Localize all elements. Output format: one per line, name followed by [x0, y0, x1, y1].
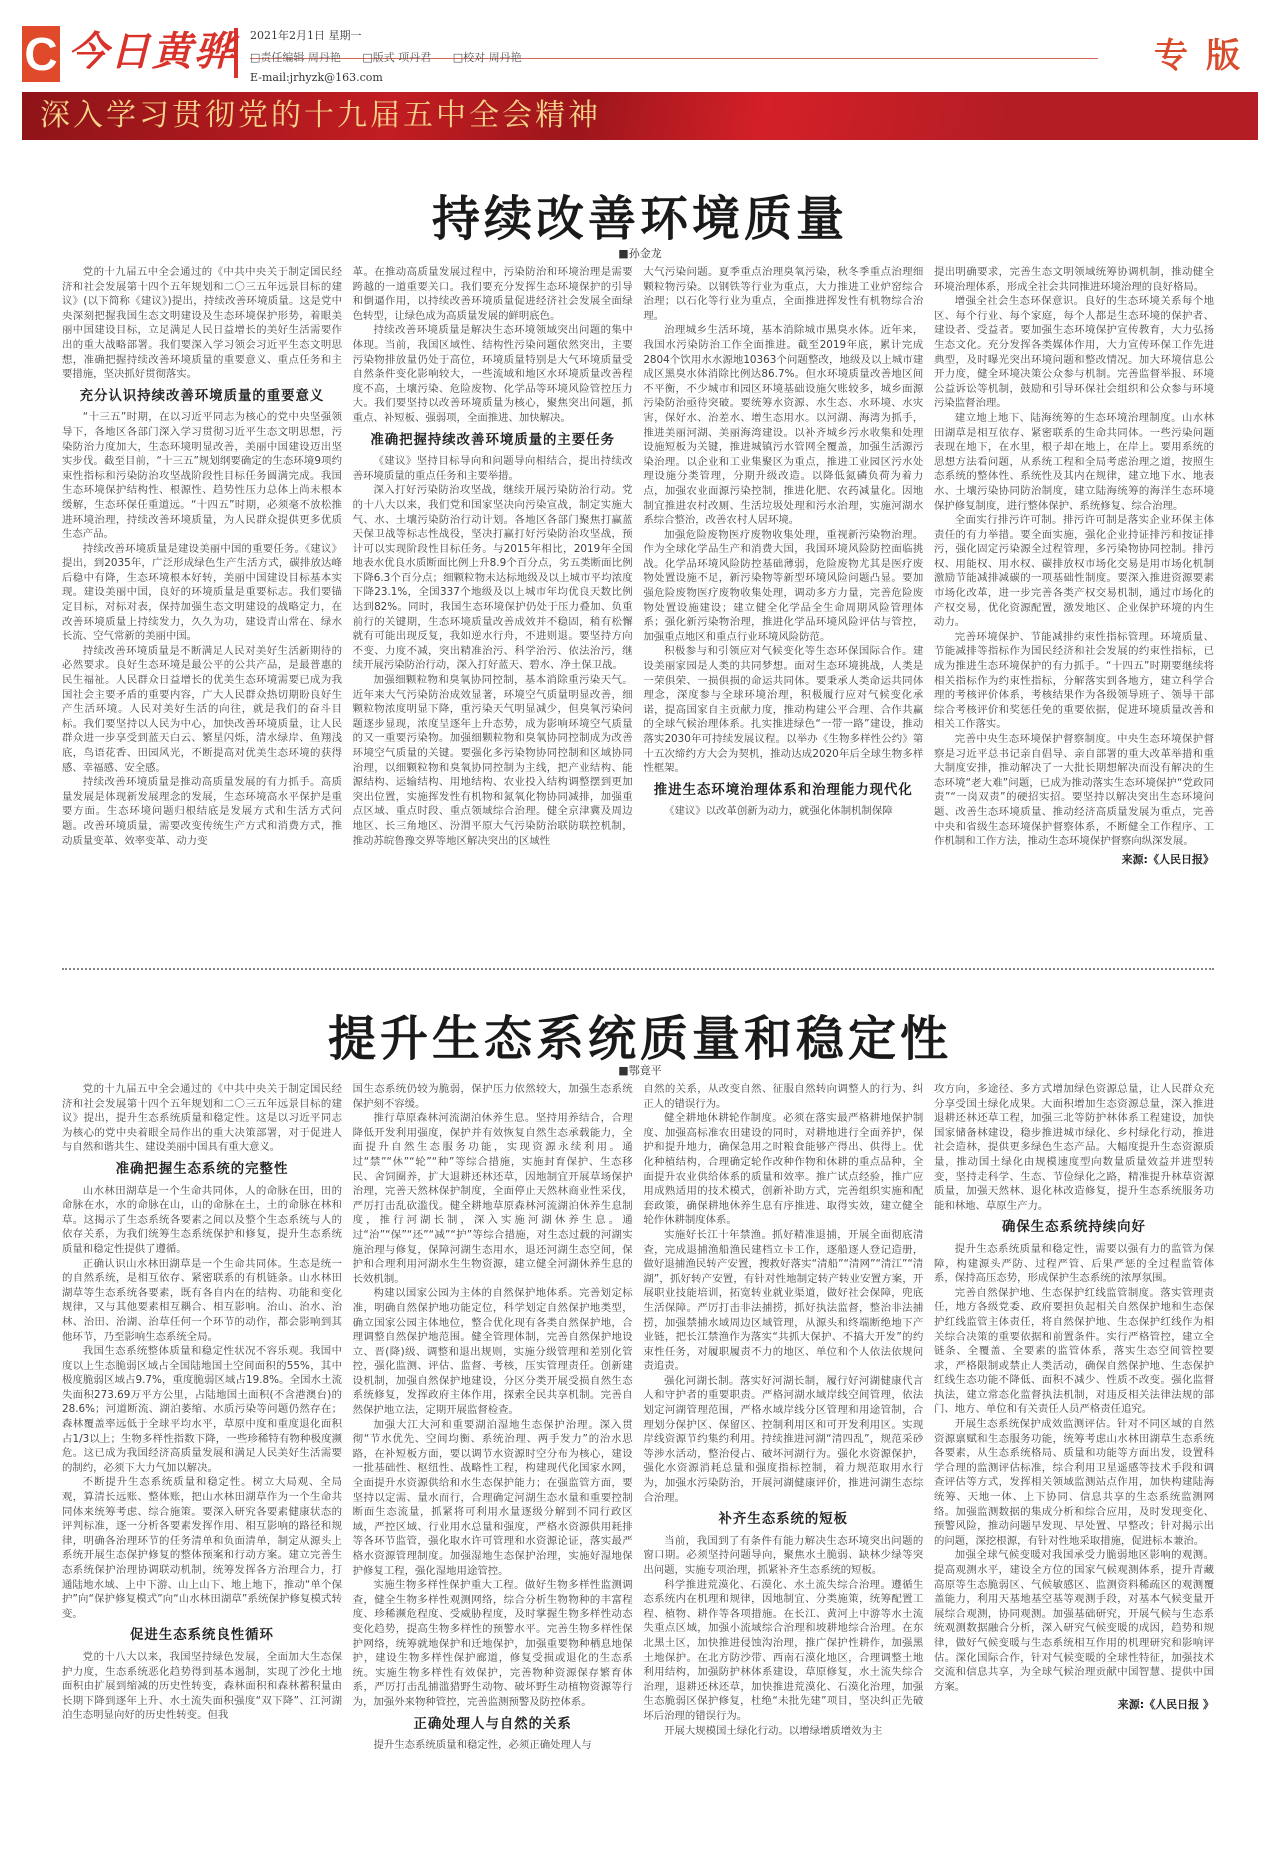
paragraph: 国生态系统仍较为脆弱，保护压力依然较大，加强生态系统保护刻不容缓。 — [353, 1082, 633, 1111]
paragraph: 健全耕地休耕轮作制度。必须在落实最严格耕地保护制度、加强高标准农田建设的同时，对… — [643, 1111, 923, 1228]
paragraph: 正确认识山水林田湖草是一个生命共同体。生态是统一的自然系统，是相互依存、紧密联系… — [62, 1257, 342, 1345]
article2-byline: ■鄂竟平 — [0, 1062, 1280, 1078]
credit-editor: □责任编辑 周丹艳 — [250, 51, 341, 64]
paragraph: 持续改善环境质量是解决生态环境领域突出问题的集中体现。当前，我国区域性、结构性污… — [353, 323, 633, 425]
article2-title: 提升生态系统质量和稳定性 — [0, 1000, 1280, 1069]
paragraph: 推行草原森林河流湖泊休养生息。坚持用养结合，合理降低开发利用强度，保护并有效恢复… — [353, 1111, 633, 1286]
paragraph: 开展大规模国土绿化行动。以增绿增质增效为主 — [643, 1724, 923, 1739]
credit-layout: □版式 项丹君 — [362, 51, 431, 64]
paragraph: 科学推进荒漠化、石漠化、水土流失综合治理。遵循生态系统内在机理和规律，因地制宜、… — [643, 1578, 923, 1724]
section-heading: 正确处理人与自然的关系 — [353, 1718, 633, 1733]
text-column: 攻方向，多途径、多方式增加绿色资源总量，让人民群众充分享受国土绿化成果。大面积增… — [934, 1082, 1214, 1782]
source-credit: 来源:《人民日报》 — [934, 853, 1214, 868]
text-column: 党的十九届五中全会通过的《中共中央关于制定国民经济和社会发展第十四个五年规划和二… — [62, 265, 342, 955]
banner-title: 深入学习贯彻党的十九届五中全会精神 — [40, 94, 601, 138]
paragraph: 持续改善环境质量是不断满足人民对美好生活新期待的必然要求。良好生态环境是最公平的… — [62, 644, 342, 775]
paragraph: 持续改善环境质量是建设美丽中国的重要任务。《建议》提出，到2035年，广泛形成绿… — [62, 542, 342, 644]
section-heading: 促进生态系统良性循环 — [62, 1629, 342, 1644]
paragraph: 加强危险废物医疗废物收集处理，重视新污染物治理。作为全球化学品生产和消费大国，我… — [643, 528, 923, 645]
article1-title: 持续改善环境质量 — [0, 180, 1280, 249]
paragraph: 《建议》坚持目标导向和问题导向相结合，提出持续改善环境质量的重点任务和主要举措。 — [353, 454, 633, 483]
credit-proofread: □校对 周丹艳 — [453, 51, 522, 64]
issue-date: 2021年2月1日 星期一 — [250, 26, 540, 46]
text-column: 党的十九届五中全会通过的《中共中央关于制定国民经济和社会发展第十四个五年规划和二… — [62, 1082, 342, 1782]
text-column: 提出明确要求，完善生态文明领域统筹协调机制，推动健全环境治理体系，形成全社会共同… — [934, 265, 1214, 955]
section-heading: 充分认识持续改善环境质量的重要意义 — [62, 390, 342, 405]
logo-letter: C — [22, 26, 60, 82]
paragraph: 全面实行排污许可制。排污许可制是落实企业环保主体责任的有力举措。要全面实施，强化… — [934, 513, 1214, 630]
paragraph: 提出明确要求，完善生态文明领域统筹协调机制，推动健全环境治理体系，形成全社会共同… — [934, 265, 1214, 294]
paragraph: 开展生态系统保护成效监测评估。针对不同区域的自然资源禀赋和生态服务功能，统筹考虑… — [934, 1417, 1214, 1548]
section-heading: 确保生态系统持续向好 — [934, 1221, 1214, 1236]
paragraph: 革。在推动高质量发展过程中，污染防治和环境治理是需要跨越的一道重要关口。我们要充… — [353, 265, 633, 323]
paragraph: 增强全社会生态环保意识。良好的生态环境关系每个地区、每个行业、每个家庭，每个人都… — [934, 294, 1214, 411]
article2-body: 党的十九届五中全会通过的《中共中央关于制定国民经济和社会发展第十四个五年规划和二… — [62, 1082, 1214, 1782]
paragraph: 建立地上地下、陆海统筹的生态环境治理制度。山水林田湖草是相互依存、紧密联系的生命… — [934, 411, 1214, 513]
paragraph: 完善自然保护地、生态保护红线监管制度。落实管理责任，地方各级党委、政府要担负起相… — [934, 1286, 1214, 1417]
masthead: C 今日黄骅 2021年2月1日 星期一 □责任编辑 周丹艳 □版式 项丹君 □… — [22, 20, 1258, 82]
paragraph: 提升生态系统质量和稳定性，需要以强有力的监管为保障，构建源头严防、过程严管、后果… — [934, 1242, 1214, 1286]
text-column: 大气污染问题。夏季重点治理臭氧污染，秋冬季重点治理细颗粒物污染。以钢铁等行业为重… — [643, 265, 923, 955]
edition-meta: 2021年2月1日 星期一 □责任编辑 周丹艳 □版式 项丹君 □校对 周丹艳 … — [250, 26, 540, 88]
text-column: 革。在推动高质量发展过程中，污染防治和环境治理是需要跨越的一道重要关口。我们要充… — [353, 265, 633, 955]
text-column: 国生态系统仍较为脆弱，保护压力依然较大，加强生态系统保护刻不容缓。推行草原森林河… — [353, 1082, 633, 1782]
article1-body: 党的十九届五中全会通过的《中共中央关于制定国民经济和社会发展第十四个五年规划和二… — [62, 265, 1214, 955]
paragraph: 持续改善环境质量是推动高质量发展的有力抓手。高质量发展是体现新发展理念的发展，生… — [62, 775, 342, 848]
newspaper-name: 今日黄骅 — [68, 24, 236, 80]
paragraph: 我国生态系统整体质量和稳定性状况不容乐观。我国中度以上生态脆弱区域占全国陆地国土… — [62, 1344, 342, 1475]
paragraph: 实施好长江十年禁渔。抓好精准退捕，开展全面彻底清查，完成退捕渔船渔民建档立卡工作… — [643, 1228, 923, 1374]
paragraph: 强化河湖长制。落实好河湖长制，履行好河湖健康代言人和守护者的重要职责。严格河湖水… — [643, 1374, 923, 1505]
paragraph: 积极参与和引领应对气候变化等生态环保国际合作。建设美丽家园是人类的共同梦想。面对… — [643, 644, 923, 775]
paragraph: 党的十九届五中全会通过的《中共中央关于制定国民经济和社会发展第十四个五年规划和二… — [62, 1082, 342, 1155]
paragraph: 《建议》以改革创新为动力，就强化体制机制保障 — [643, 804, 923, 819]
article-separator — [62, 968, 1214, 970]
paragraph: 加强细颗粒物和臭氧协同控制，基本消除重污染天气。近年来大气污染防治成效显著，环境… — [353, 673, 633, 848]
paragraph: 当前，我国到了有条件有能力解决生态环境突出问题的窗口期。必须坚持问题导向，聚焦水… — [643, 1534, 923, 1578]
section-tag: 专版 — [1154, 28, 1258, 77]
paragraph: 加强全球气候变暖对我国承受力脆弱地区影响的观测。提高观测水平，建设全方位的国家气… — [934, 1548, 1214, 1694]
logo-divider — [234, 28, 238, 78]
section-heading: 补齐生态系统的短板 — [643, 1513, 923, 1528]
section-heading: 准确把握持续改善环境质量的主要任务 — [353, 434, 633, 449]
article1-byline: ■孙金龙 — [0, 245, 1280, 261]
paragraph: 党的十八大以来，我国坚持绿色发展，全面加大生态保护力度，生态系统恶化趋势得到基本… — [62, 1650, 342, 1723]
paragraph: 大气污染问题。夏季重点治理臭氧污染，秋冬季重点治理细颗粒物污染。以钢铁等行业为重… — [643, 265, 923, 323]
section-heading: 准确把握生态系统的完整性 — [62, 1163, 342, 1178]
paragraph: 提升生态系统质量和稳定性，必须正确处理人与 — [353, 1738, 633, 1753]
paragraph: 完善环境保护、节能减排约束性指标管理。环境质量、节能减排等指标作为国民经济和社会… — [934, 630, 1214, 732]
theme-banner: 深入学习贯彻党的十九届五中全会精神 — [22, 92, 1258, 140]
paragraph: 加强大江大河和重要湖泊湿地生态保护治理。深入贯彻“节水优先、空间均衡、系统治理、… — [353, 1418, 633, 1579]
paragraph: 实施生物多样性保护重大工程。做好生物多样性监测调查，健全生物多样性观测网络，综合… — [353, 1578, 633, 1709]
section-heading: 推进生态环境治理体系和治理能力现代化 — [643, 784, 923, 799]
text-column: 自然的关系，从改变自然、征服自然转向调整人的行为、纠正人的错误行为。健全耕地休耕… — [643, 1082, 923, 1782]
source-credit: 来源:《人民日报 》 — [934, 1698, 1214, 1713]
paragraph: 完善中央生态环境保护督察制度。中央生态环境保护督察是习近平总书记亲自倡导、亲自部… — [934, 732, 1214, 849]
paragraph: 自然的关系，从改变自然、征服自然转向调整人的行为、纠正人的错误行为。 — [643, 1082, 923, 1111]
staff-credits: □责任编辑 周丹艳 □版式 项丹君 □校对 周丹艳 — [250, 48, 540, 68]
paragraph: 攻方向，多途径、多方式增加绿色资源总量，让人民群众充分享受国土绿化成果。大面积增… — [934, 1082, 1214, 1213]
contact-email[interactable]: E-mail:jrhyzk@163.com — [250, 68, 540, 88]
paragraph: 不断提升生态系统质量和稳定性。树立大局观、全局观，算清长远账、整体账，把山水林田… — [62, 1475, 342, 1621]
paragraph: 深入打好污染防治攻坚战，继续开展污染防治行动。党的十八大以来，我们党和国家坚决向… — [353, 483, 633, 673]
paragraph: “十三五”时期，在以习近平同志为核心的党中央坚强领导下，各地区各部门深入学习贯彻… — [62, 410, 342, 541]
paragraph: 山水林田湖草是一个生命共同体，人的命脉在田，田的命脉在水，水的命脉在山，山的命脉… — [62, 1184, 342, 1257]
paragraph: 治理城乡生活环境，基本消除城市黑臭水体。近年来，我国水污染防治工作全面推进。截至… — [643, 323, 923, 527]
paragraph: 构建以国家公园为主体的自然保护地体系。完善划定标准，明确自然保护地功能定位，科学… — [353, 1286, 633, 1417]
paragraph: 党的十九届五中全会通过的《中共中央关于制定国民经济和社会发展第十四个五年规划和二… — [62, 265, 342, 382]
